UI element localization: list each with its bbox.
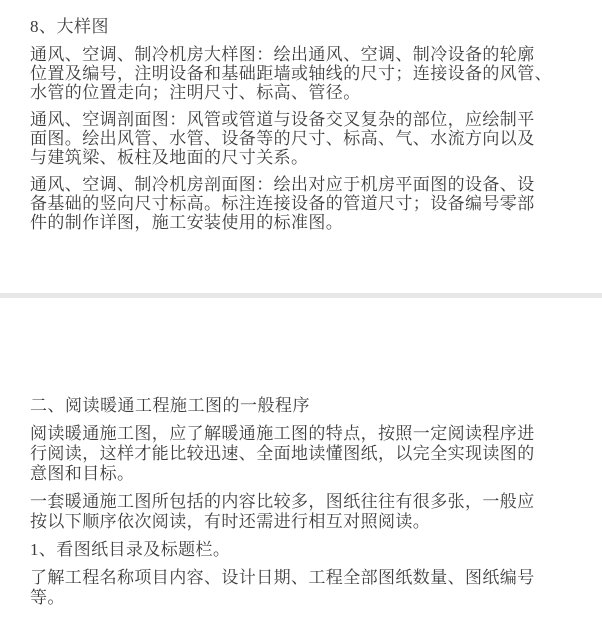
text-line: 阅读暖通施工图，应了解暖通施工图的特点，按照一定阅读程序进 — [30, 424, 576, 444]
text-line: 等。 — [30, 588, 576, 608]
document-page-1: 8、大样图 通风、空调、制冷机房大样图：绘出通风、空调、制冷设备的轮廓位置及编号… — [30, 17, 576, 240]
document-viewer: 8、大样图 通风、空调、制冷机房大样图：绘出通风、空调、制冷设备的轮廓位置及编号… — [0, 0, 602, 618]
text-line: 面图。绘出风管、水管、设备等的尺寸、标高、气、水流方向以及 — [30, 129, 576, 148]
text-line: 位置及编号，注明设备和基础距墙或轴线的尺寸；连接设备的风管、 — [30, 64, 576, 83]
paragraph: 通风、空调剖面图：风管或管道与设备交叉复杂的部位，应绘制平面图。绘出风管、水管、… — [30, 110, 576, 167]
text-line: 通风、空调剖面图：风管或管道与设备交叉复杂的部位，应绘制平 — [30, 110, 576, 129]
document-page-2: 二、阅读暖通工程施工图的一般程序 阅读暖通施工图，应了解暖通施工图的特点，按照一… — [30, 396, 576, 616]
text-line: 备基础的竖向尺寸标高。标注连接设备的管道尺寸；设备编号零部 — [30, 194, 576, 213]
paragraph: 阅读暖通施工图，应了解暖通施工图的特点，按照一定阅读程序进行阅读，这样才能比较迅… — [30, 424, 576, 484]
text-line: 了解工程名称项目内容、设计日期、工程全部图纸数量、图纸编号 — [30, 568, 576, 588]
paragraph: 通风、空调、制冷机房剖面图：绘出对应于机房平面图的设备、设备基础的竖向尺寸标高。… — [30, 175, 576, 232]
text-line: 通风、空调、制冷机房大样图：绘出通风、空调、制冷设备的轮廓 — [30, 45, 576, 64]
paragraph: 一套暖通施工图所包括的内容比较多，图纸往往有很多张，一般应按以下顺序依次阅读，有… — [30, 492, 576, 532]
text-line: 1、看图纸目录及标题栏。 — [30, 540, 576, 560]
text-line: 与建筑梁、板柱及地面的尺寸关系。 — [30, 148, 576, 167]
text-line: 水管的位置走向；注明尺寸、标高、管径。 — [30, 83, 576, 102]
section-1-paragraphs: 通风、空调、制冷机房大样图：绘出通风、空调、制冷设备的轮廓位置及编号，注明设备和… — [30, 45, 576, 232]
paragraph: 了解工程名称项目内容、设计日期、工程全部图纸数量、图纸编号等。 — [30, 568, 576, 608]
section-heading-reading-procedure: 二、阅读暖通工程施工图的一般程序 — [30, 396, 576, 416]
text-line: 行阅读，这样才能比较迅速、全面地读懂图纸，以完全实现读图的 — [30, 444, 576, 464]
text-line: 通风、空调、制冷机房剖面图：绘出对应于机房平面图的设备、设 — [30, 175, 576, 194]
paragraph: 1、看图纸目录及标题栏。 — [30, 540, 576, 560]
text-line: 意图和目标。 — [30, 464, 576, 484]
page-break-divider — [0, 293, 602, 298]
text-line: 一套暖通施工图所包括的内容比较多，图纸往往有很多张，一般应 — [30, 492, 576, 512]
text-line: 按以下顺序依次阅读，有时还需进行相互对照阅读。 — [30, 512, 576, 532]
section-heading-detail-drawings: 8、大样图 — [30, 17, 576, 37]
section-2-paragraphs: 阅读暖通施工图，应了解暖通施工图的特点，按照一定阅读程序进行阅读，这样才能比较迅… — [30, 424, 576, 608]
text-line: 件的制作详图，施工安装使用的标准图。 — [30, 213, 576, 232]
paragraph: 通风、空调、制冷机房大样图：绘出通风、空调、制冷设备的轮廓位置及编号，注明设备和… — [30, 45, 576, 102]
